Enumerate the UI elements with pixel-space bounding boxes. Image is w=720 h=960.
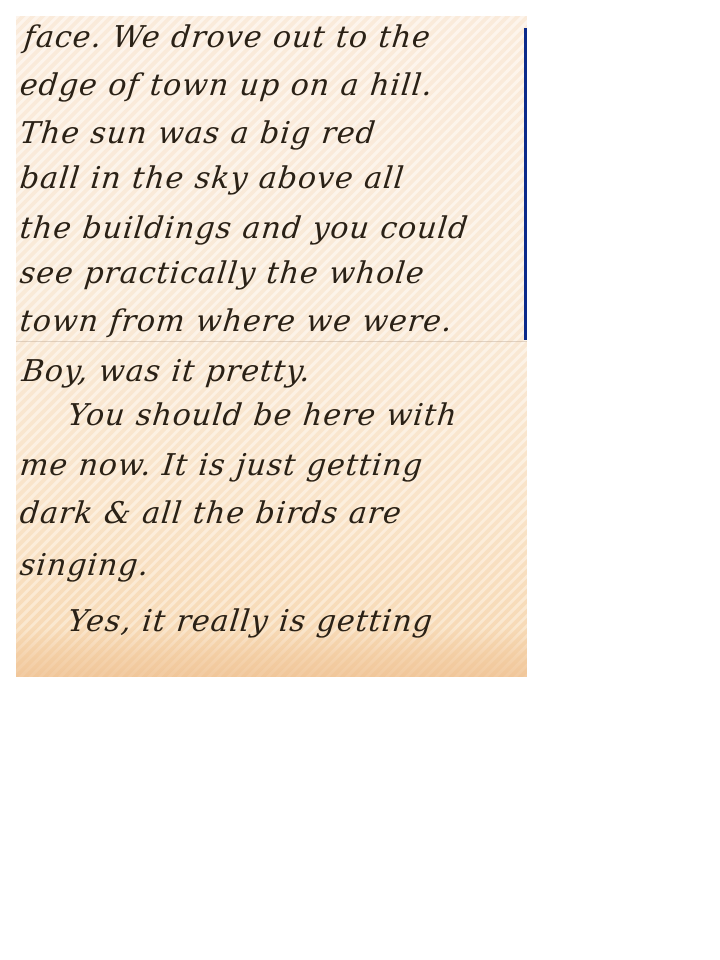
- letter-line: Boy, was it pretty.: [20, 354, 312, 389]
- letter-line: the buildings and you could: [18, 211, 470, 246]
- letter-line: edge of town up on a hill.: [18, 68, 435, 103]
- letter-line: town from where we were.: [18, 304, 454, 339]
- letter-page: face. We drove out to the edge of town u…: [16, 16, 527, 677]
- letter-line: face. We drove out to the: [22, 20, 433, 55]
- letter-line: see practically the whole: [18, 256, 426, 291]
- handwritten-text: face. We drove out to the edge of town u…: [16, 16, 527, 677]
- letter-line: dark & all the birds are: [18, 496, 404, 531]
- letter-line: You should be here with: [66, 398, 459, 433]
- letter-line: me now. It is just getting: [18, 448, 425, 483]
- letter-line: singing.: [18, 548, 151, 583]
- letter-line: ball in the sky above all: [18, 161, 406, 196]
- paper-edge-strip: [524, 28, 527, 340]
- letter-line: Yes, it really is getting: [66, 604, 435, 639]
- letter-line: The sun was a big red: [18, 116, 378, 151]
